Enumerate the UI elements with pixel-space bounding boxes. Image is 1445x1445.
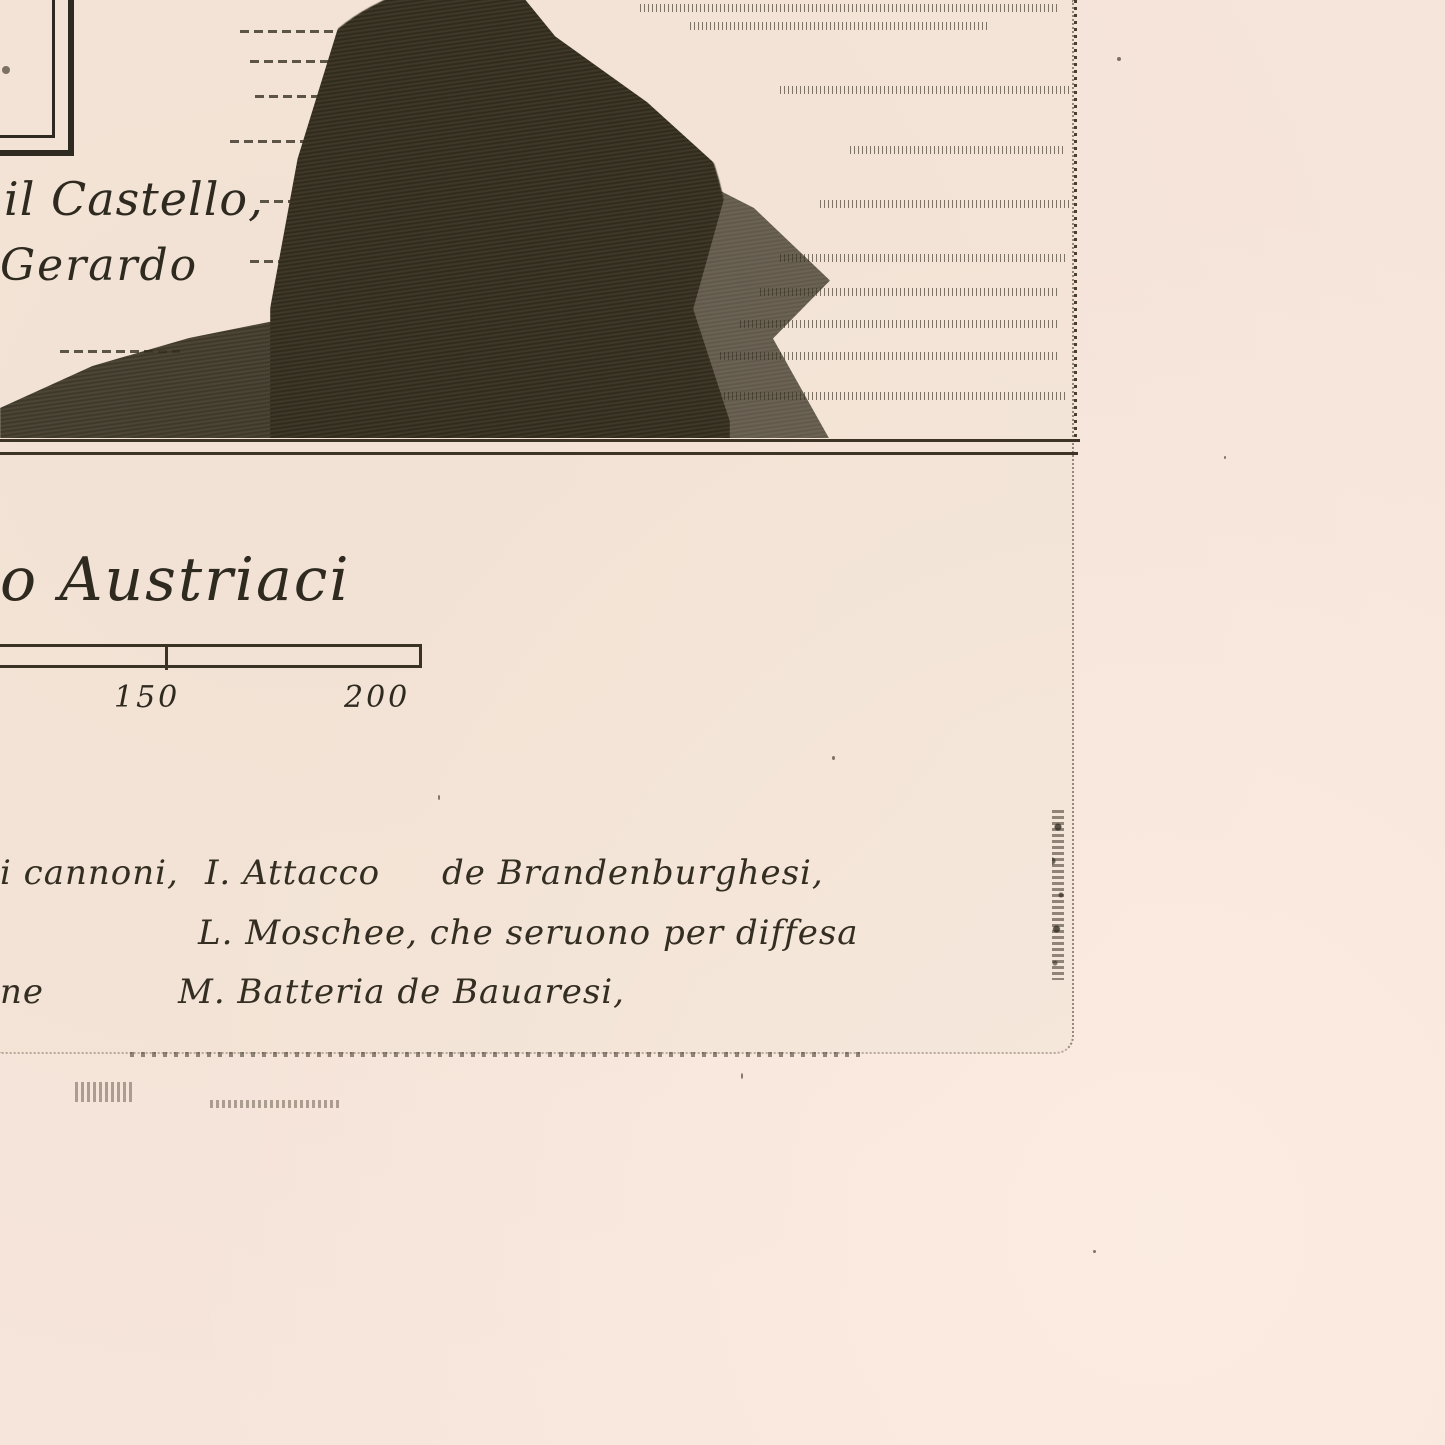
legend-text: i cannoni, [0,853,179,893]
map-image-area: il Castello, Gerardo [0,0,1078,438]
scale-bar [0,644,422,668]
place-label-castello: il Castello, [4,172,264,226]
ink-speck [741,1073,743,1079]
legend-key-m: M. Batteria de Bauaresi, [178,972,625,1012]
frame-line [0,439,1080,442]
scale-bar-tick [165,644,168,670]
ink-speck [1117,57,1121,61]
map-title-fragment: o Austriaci [0,545,351,615]
hatching [690,22,990,30]
ink-speck [2,66,10,74]
ink-speck [1093,1250,1096,1253]
scale-label-200: 200 [344,680,410,715]
legend-key-i: I. Attacco [205,853,380,893]
frame-line [0,452,1078,455]
hill-shading [270,0,730,438]
place-label-gerardo: Gerardo [0,240,198,291]
legend-text: de Brandenburghesi, [442,853,824,893]
legend-key-l: L. Moschee, che seruono per diffesa [198,913,859,953]
map-border-right [1074,0,1077,440]
scale-label-150: 150 [114,680,180,715]
hatching [780,86,1070,94]
plate-bottom-residue [130,1052,860,1057]
hatching [850,146,1065,154]
ink-speck [1224,456,1226,459]
hatching [780,254,1065,262]
ink-smudge [75,1082,135,1102]
ink-smudge [210,1100,340,1108]
hatching [820,200,1070,208]
ink-speck [832,756,835,760]
ink-speck [438,795,440,800]
hatching [640,4,1060,12]
legend-text: ne [0,972,44,1012]
